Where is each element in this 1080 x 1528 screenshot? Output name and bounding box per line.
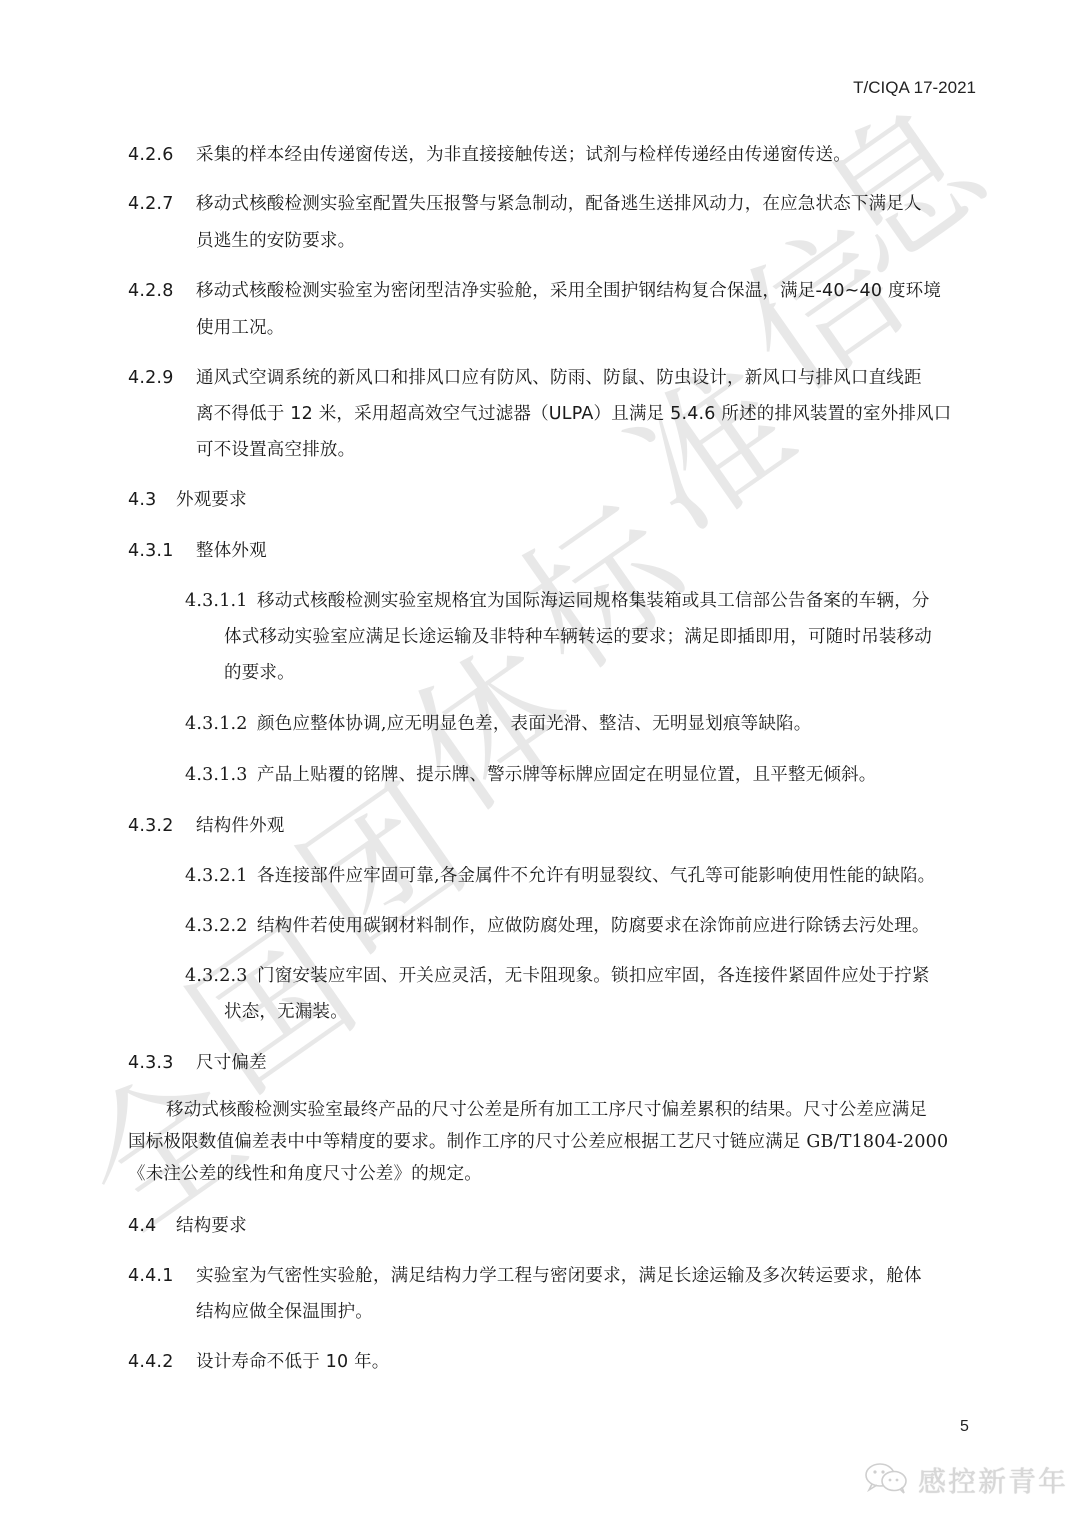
subsection-number: 4.3.3 [128, 1053, 196, 1073]
clause-text-continued: 使用工况。 [196, 314, 285, 339]
paragraph-line: 移动式核酸检测实验室最终产品的尺寸公差是所有加工工序尺寸偏差累积的结果。尺寸公差… [166, 1096, 927, 1121]
subsection-title: 尺寸偏差 [196, 1053, 267, 1073]
clause-text: 各连接部件应牢固可靠,各金属件不允许有明显裂纹、气孔等可能影响使用性能的缺陷。 [257, 866, 935, 886]
wechat-icon [864, 1461, 910, 1499]
section-heading-4-3: 4.3外观要求 [128, 486, 247, 511]
clause-text-continued: 状态，无漏装。 [224, 998, 348, 1023]
clause-4-3-2-3: 4.3.2.3门窗安装应牢固、开关应灵活，无卡阻现象。锁扣应牢固，各连接件紧固件… [185, 962, 930, 987]
brand-watermark: 感控新青年 [864, 1460, 1068, 1500]
subsection-heading-4-3-3: 4.3.3尺寸偏差 [128, 1049, 267, 1074]
subsection-number: 4.3.1 [128, 541, 196, 561]
clause-text: 移动式核酸检测实验室规格宜为国际海运同规格集装箱或具工信部公告备案的车辆，分 [257, 591, 930, 611]
paragraph-line: 国标极限数值偏差表中中等精度的要求。制作工序的尺寸公差应根据工艺尺寸链应满足 G… [128, 1128, 948, 1153]
clause-number: 4.3.1.3 [185, 765, 257, 785]
clause-number: 4.2.6 [128, 145, 196, 165]
clause-text-continued: 体式移动实验室应满足长途运输及非特种车辆转运的要求；满足即插即用，可随时吊装移动 [224, 623, 932, 648]
clause-text: 结构件若使用碳钢材料制作，应做防腐处理，防腐要求在涂饰前应进行除锈去污处理。 [257, 916, 930, 936]
clause-text: 实验室为气密性实验舱，满足结构力学工程与密闭要求，满足长途运输及多次转运要求，舱… [196, 1266, 922, 1286]
clause-4-3-2-1: 4.3.2.1各连接部件应牢固可靠,各金属件不允许有明显裂纹、气孔等可能影响使用… [185, 862, 935, 887]
clause-text: 通风式空调系统的新风口和排风口应有防风、防雨、防鼠、防虫设计，新风口与排风口直线… [196, 368, 922, 388]
clause-4-2-9: 4.2.9通风式空调系统的新风口和排风口应有防风、防雨、防鼠、防虫设计，新风口与… [128, 364, 922, 389]
clause-number: 4.3.1.1 [185, 591, 257, 611]
document-code: T/CIQA 17-2021 [853, 78, 976, 98]
clause-text-continued: 结构应做全保温围护。 [196, 1298, 373, 1323]
brand-name: 感控新青年 [918, 1460, 1068, 1500]
clause-4-2-6: 4.2.6采集的样本经由传递窗传送，为非直接接触传送；试剂与检样传递经由传递窗传… [128, 141, 851, 166]
subsection-number: 4.3.2 [128, 816, 196, 836]
clause-number: 4.4.2 [128, 1352, 196, 1372]
paragraph-line: 《未注公差的线性和角度尺寸公差》的规定。 [128, 1160, 482, 1185]
clause-4-3-2-2: 4.3.2.2结构件若使用碳钢材料制作，应做防腐处理，防腐要求在涂饰前应进行除锈… [185, 912, 930, 937]
clause-4-2-8: 4.2.8移动式核酸检测实验室为密闭型洁净实验舱，采用全围护钢结构复合保温，满足… [128, 277, 941, 302]
page-number: 5 [960, 1418, 969, 1436]
subsection-title: 结构件外观 [196, 816, 285, 836]
section-title: 外观要求 [176, 490, 247, 510]
clause-4-3-1-3: 4.3.1.3产品上贴覆的铭牌、提示牌、警示牌等标牌应固定在明显位置，且平整无倾… [185, 761, 877, 786]
clause-text-continued: 可不设置高空排放。 [196, 436, 355, 461]
section-number: 4.4 [128, 1216, 176, 1236]
clause-number: 4.2.7 [128, 194, 196, 214]
clause-number: 4.3.1.2 [185, 714, 257, 734]
subsection-heading-4-3-1: 4.3.1整体外观 [128, 537, 267, 562]
clause-number: 4.2.9 [128, 368, 196, 388]
clause-text: 门窗安装应牢固、开关应灵活，无卡阻现象。锁扣应牢固，各连接件紧固件应处于拧紧 [257, 966, 930, 986]
section-heading-4-4: 4.4结构要求 [128, 1212, 247, 1237]
clause-4-4-2: 4.4.2设计寿命不低于 10 年。 [128, 1348, 390, 1373]
clause-text: 移动式核酸检测实验室为密闭型洁净实验舱，采用全围护钢结构复合保温，满足-40~4… [196, 281, 941, 301]
clause-text: 产品上贴覆的铭牌、提示牌、警示牌等标牌应固定在明显位置，且平整无倾斜。 [257, 765, 877, 785]
clause-4-3-1-1: 4.3.1.1移动式核酸检测实验室规格宜为国际海运同规格集装箱或具工信部公告备案… [185, 587, 930, 612]
clause-text: 采集的样本经由传递窗传送，为非直接接触传送；试剂与检样传递经由传递窗传送。 [196, 145, 851, 165]
clause-text-continued: 离不得低于 12 米，采用超高效空气过滤器（ULPA）且满足 5.4.6 所述的… [196, 400, 952, 425]
clause-number: 4.4.1 [128, 1266, 196, 1286]
section-title: 结构要求 [176, 1216, 247, 1236]
clause-text: 颜色应整体协调,应无明显色差，表面光滑、整洁、无明显划痕等缺陷。 [257, 714, 811, 734]
clause-4-4-1: 4.4.1实验室为气密性实验舱，满足结构力学工程与密闭要求，满足长途运输及多次转… [128, 1262, 922, 1287]
clause-4-3-1-2: 4.3.1.2颜色应整体协调,应无明显色差，表面光滑、整洁、无明显划痕等缺陷。 [185, 710, 811, 735]
clause-text-continued: 员逃生的安防要求。 [196, 227, 355, 252]
subsection-heading-4-3-2: 4.3.2结构件外观 [128, 812, 285, 837]
clause-number: 4.2.8 [128, 281, 196, 301]
clause-number: 4.3.2.1 [185, 866, 257, 886]
clause-number: 4.3.2.3 [185, 966, 257, 986]
clause-number: 4.3.2.2 [185, 916, 257, 936]
clause-text-continued: 的要求。 [224, 659, 295, 684]
section-number: 4.3 [128, 490, 176, 510]
clause-4-2-7: 4.2.7移动式核酸检测实验室配置失压报警与紧急制动，配备逃生送排风动力，在应急… [128, 190, 922, 215]
clause-text: 移动式核酸检测实验室配置失压报警与紧急制动，配备逃生送排风动力，在应急状态下满足… [196, 194, 922, 214]
clause-text: 设计寿命不低于 10 年。 [196, 1352, 390, 1372]
subsection-title: 整体外观 [196, 541, 267, 561]
document-page: 全 国 团 体 标 准 信 息 T/CIQA 17-2021 4.2.6采集的样… [0, 0, 1080, 1528]
